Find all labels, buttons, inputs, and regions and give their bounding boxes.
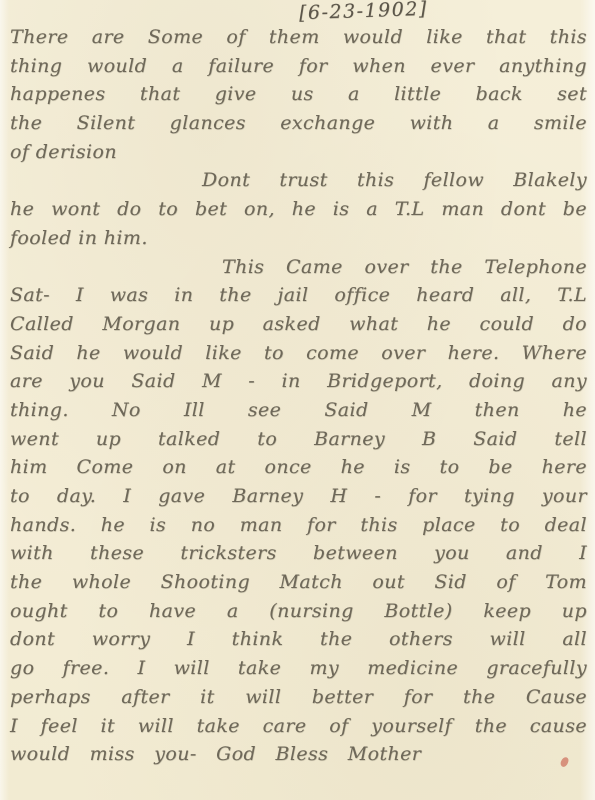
letter-line: him Come on at once he is to be here [10, 453, 587, 482]
letter-line: are you Said M - in Bridgeport, doing an… [10, 367, 587, 396]
letter-line: go free. I will take my medicine gracefu… [10, 654, 587, 683]
letter-line: with these tricksters between you and I [10, 539, 587, 568]
letter-line: would miss you- God Bless Mother [10, 740, 587, 769]
letter-line: There are Some of them would like that t… [10, 23, 587, 52]
letter-line: perhaps after it will better for the Cau… [10, 683, 587, 712]
letter-line: Dont trust this fellow Blakely [10, 166, 587, 195]
letter-line: Sat- I was in the jail office heard all,… [10, 281, 587, 310]
letter-line: thing. No Ill see Said M then he [10, 396, 587, 425]
letter-line: ought to have a (nursing Bottle) keep up [10, 597, 587, 626]
letter-line: fooled in him. [10, 224, 587, 253]
letter-body: There are Some of them would like that t… [0, 0, 595, 769]
letter-page: [6-23-1902] There are Some of them would… [0, 0, 595, 800]
letter-line: of derision [10, 138, 587, 167]
letter-line: happenes that give us a little back set [10, 80, 587, 109]
letter-line: I feel it will take care of yourself the… [10, 712, 587, 741]
letter-line: he wont do to bet on, he is a T.L man do… [10, 195, 587, 224]
letter-line: went up talked to Barney B Said tell [10, 425, 587, 454]
letter-line: the Silent glances exchange with a smile [10, 109, 587, 138]
letter-line: to day. I gave Barney H - for tying your [10, 482, 587, 511]
letter-line: hands. he is no man for this place to de… [10, 511, 587, 540]
letter-line: the whole Shooting Match out Sid of Tom [10, 568, 587, 597]
letter-line: Said he would like to come over here. Wh… [10, 339, 587, 368]
letter-line: Called Morgan up asked what he could do [10, 310, 587, 339]
letter-line: thing would a failure for when ever anyt… [10, 52, 587, 81]
letter-line: dont worry I think the others will all [10, 625, 587, 654]
letter-line: This Came over the Telephone [10, 253, 587, 282]
